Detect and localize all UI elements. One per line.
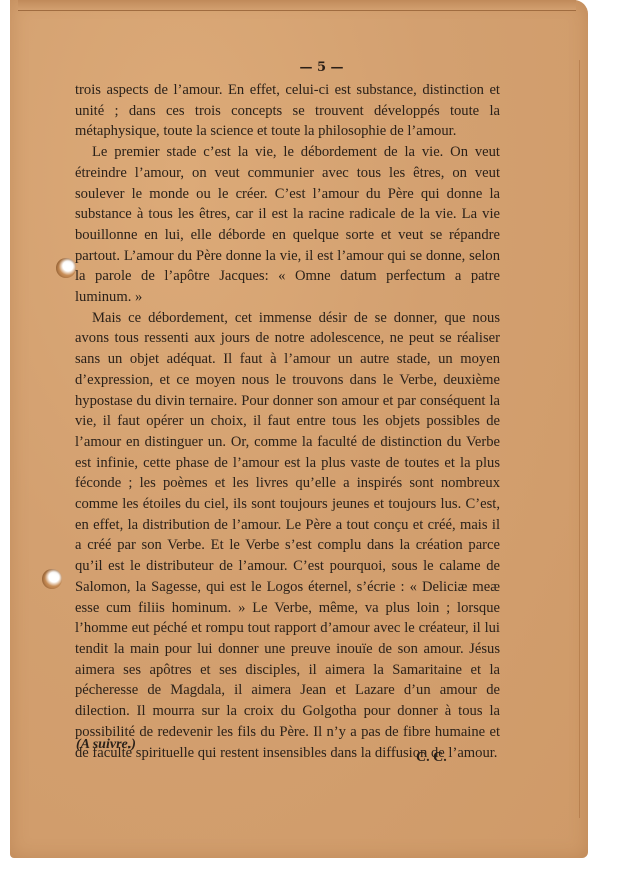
paragraph-first-stage: Le premier stade c’est la vie, le débord… [75,142,500,308]
continuation-note: (A suivre.) [76,737,136,753]
author-signature: C. C. [416,750,447,766]
body-text: trois aspects de l’amour. En effet, celu… [75,80,500,763]
paragraph-continued: trois aspects de l’amour. En effet, celu… [75,80,500,142]
punch-hole-bottom [42,569,62,589]
page-number: — 5 — [0,60,643,75]
punch-hole-top [56,258,76,278]
paragraph-second-stage: Mais ce débordement, cet immense désir d… [75,308,500,763]
